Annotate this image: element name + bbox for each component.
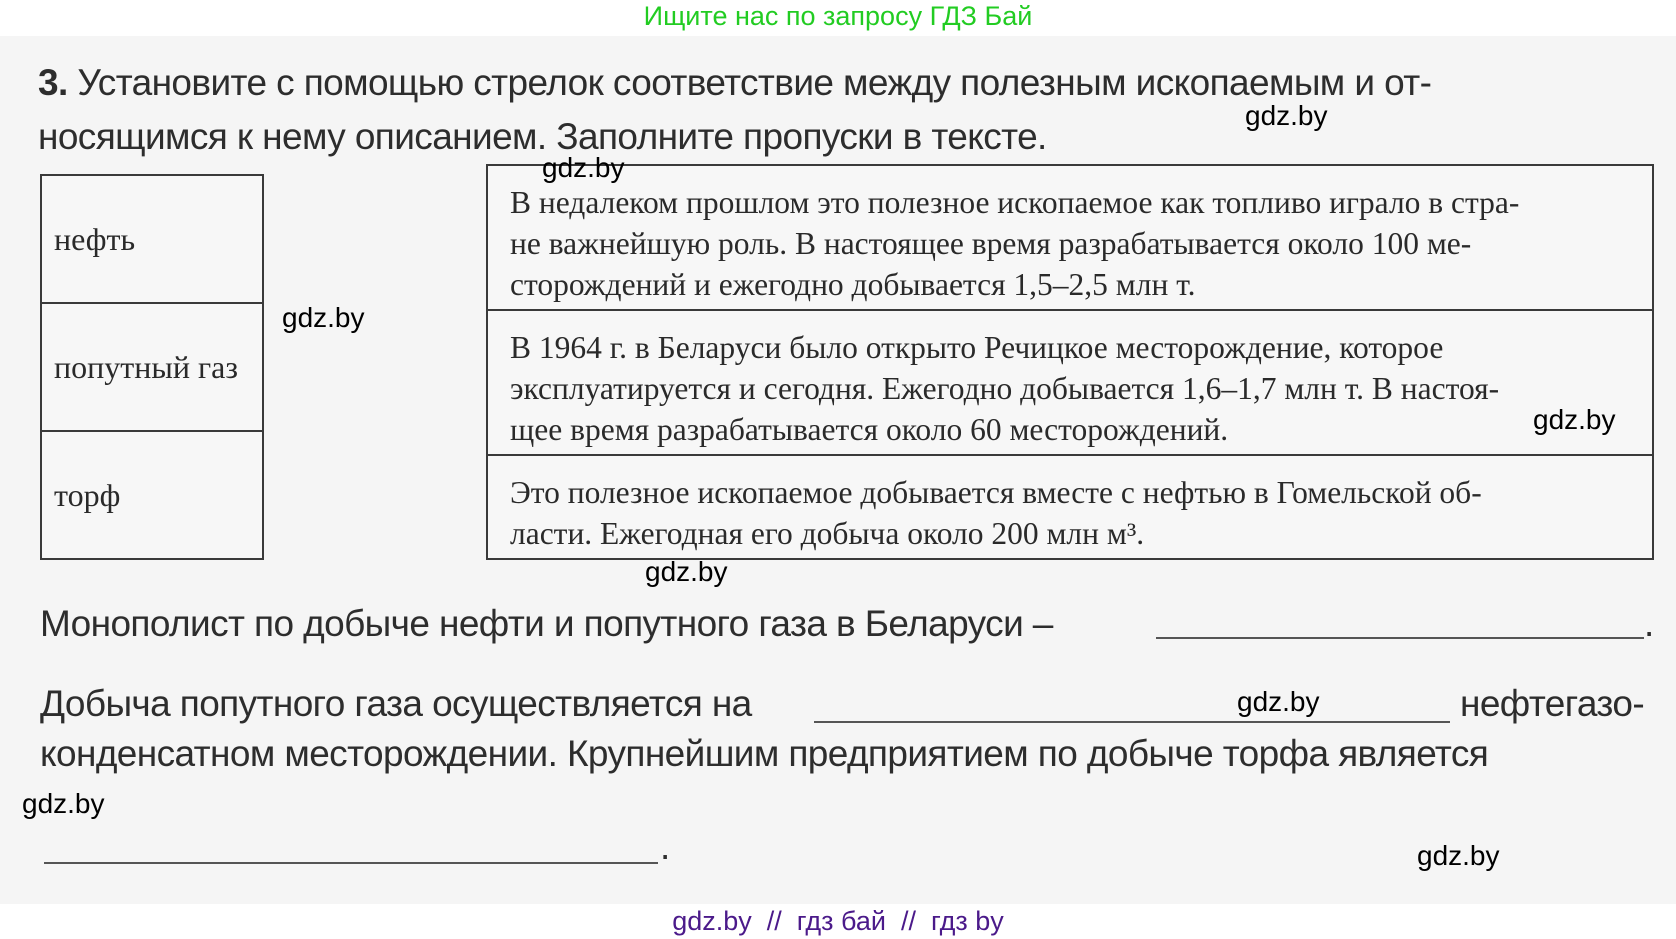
task-number: 3. — [38, 62, 68, 103]
mineral-label: торф — [54, 477, 120, 514]
description-line: ласти. Ежегодная его добыча около 200 мл… — [510, 513, 1632, 554]
description-line: щее время разрабатывается около 60 место… — [510, 409, 1632, 450]
monopolist-blank[interactable] — [1156, 637, 1644, 639]
watermark: gdz.by — [542, 152, 625, 184]
sentence-final-period: . — [660, 826, 670, 868]
task-instruction: 3. Установите с помощью стрелок соответс… — [38, 56, 1648, 164]
search-hint-banner: Ищите нас по запросу ГДЗ Бай — [0, 0, 1676, 36]
sentence-end-period: . — [1644, 603, 1654, 645]
watermark: gdz.by — [1245, 100, 1328, 132]
site-footer-text: gdz.by // гдз бай // гдз by — [672, 906, 1004, 936]
description-cell-3[interactable]: Это полезное ископаемое добывается вмест… — [488, 456, 1652, 558]
description-cell-2[interactable]: В 1964 г. в Беларуси было открыто Речицк… — [488, 311, 1652, 456]
minerals-table: нефть попутный газ торф — [40, 174, 264, 560]
sentence-gas-suffix: нефтегазо- — [1460, 683, 1644, 725]
description-line: Это полезное ископаемое добывается вмест… — [510, 472, 1632, 513]
site-footer-banner: gdz.by // гдз бай // гдз by — [0, 904, 1676, 939]
description-line: эксплуатируется и сегодня. Ежегодно добы… — [510, 368, 1632, 409]
sentence-gas-start: Добыча попутного газа осуществляется на — [40, 683, 752, 725]
gas-field-blank[interactable] — [814, 721, 1450, 723]
watermark: gdz.by — [282, 302, 365, 334]
peat-enterprise-blank[interactable] — [44, 862, 658, 864]
sentence-monopolist: Монополист по добыче нефти и попутного г… — [40, 603, 1053, 645]
mineral-cell-oil[interactable]: нефть — [42, 176, 262, 304]
description-line: В недалеком прошлом это полезное ископае… — [510, 182, 1632, 223]
description-line: не важнейшую роль. В настоящее время раз… — [510, 223, 1632, 264]
descriptions-table: В недалеком прошлом это полезное ископае… — [486, 164, 1654, 560]
mineral-label: попутный газ — [54, 349, 238, 386]
search-hint-text: Ищите нас по запросу ГДЗ Бай — [644, 1, 1033, 31]
watermark: gdz.by — [1533, 404, 1616, 436]
description-line: сторождений и ежегодно добывается 1,5–2,… — [510, 264, 1632, 305]
mineral-cell-associated-gas[interactable]: попутный газ — [42, 304, 262, 432]
description-cell-1[interactable]: В недалеком прошлом это полезное ископае… — [488, 166, 1652, 311]
instruction-line-2: носящимся к нему описанием. Заполните пр… — [38, 110, 1648, 164]
mineral-label: нефть — [54, 221, 135, 258]
mineral-cell-peat[interactable]: торф — [42, 432, 262, 558]
sentence-peat: конденсатном месторождении. Крупнейшим п… — [40, 733, 1488, 775]
watermark: gdz.by — [1237, 686, 1320, 718]
watermark: gdz.by — [645, 556, 728, 588]
watermark: gdz.by — [22, 788, 105, 820]
watermark: gdz.by — [1417, 840, 1500, 872]
description-line: В 1964 г. в Беларуси было открыто Речицк… — [510, 327, 1632, 368]
instruction-line-1: Установите с помощью стрелок соответстви… — [77, 62, 1431, 103]
